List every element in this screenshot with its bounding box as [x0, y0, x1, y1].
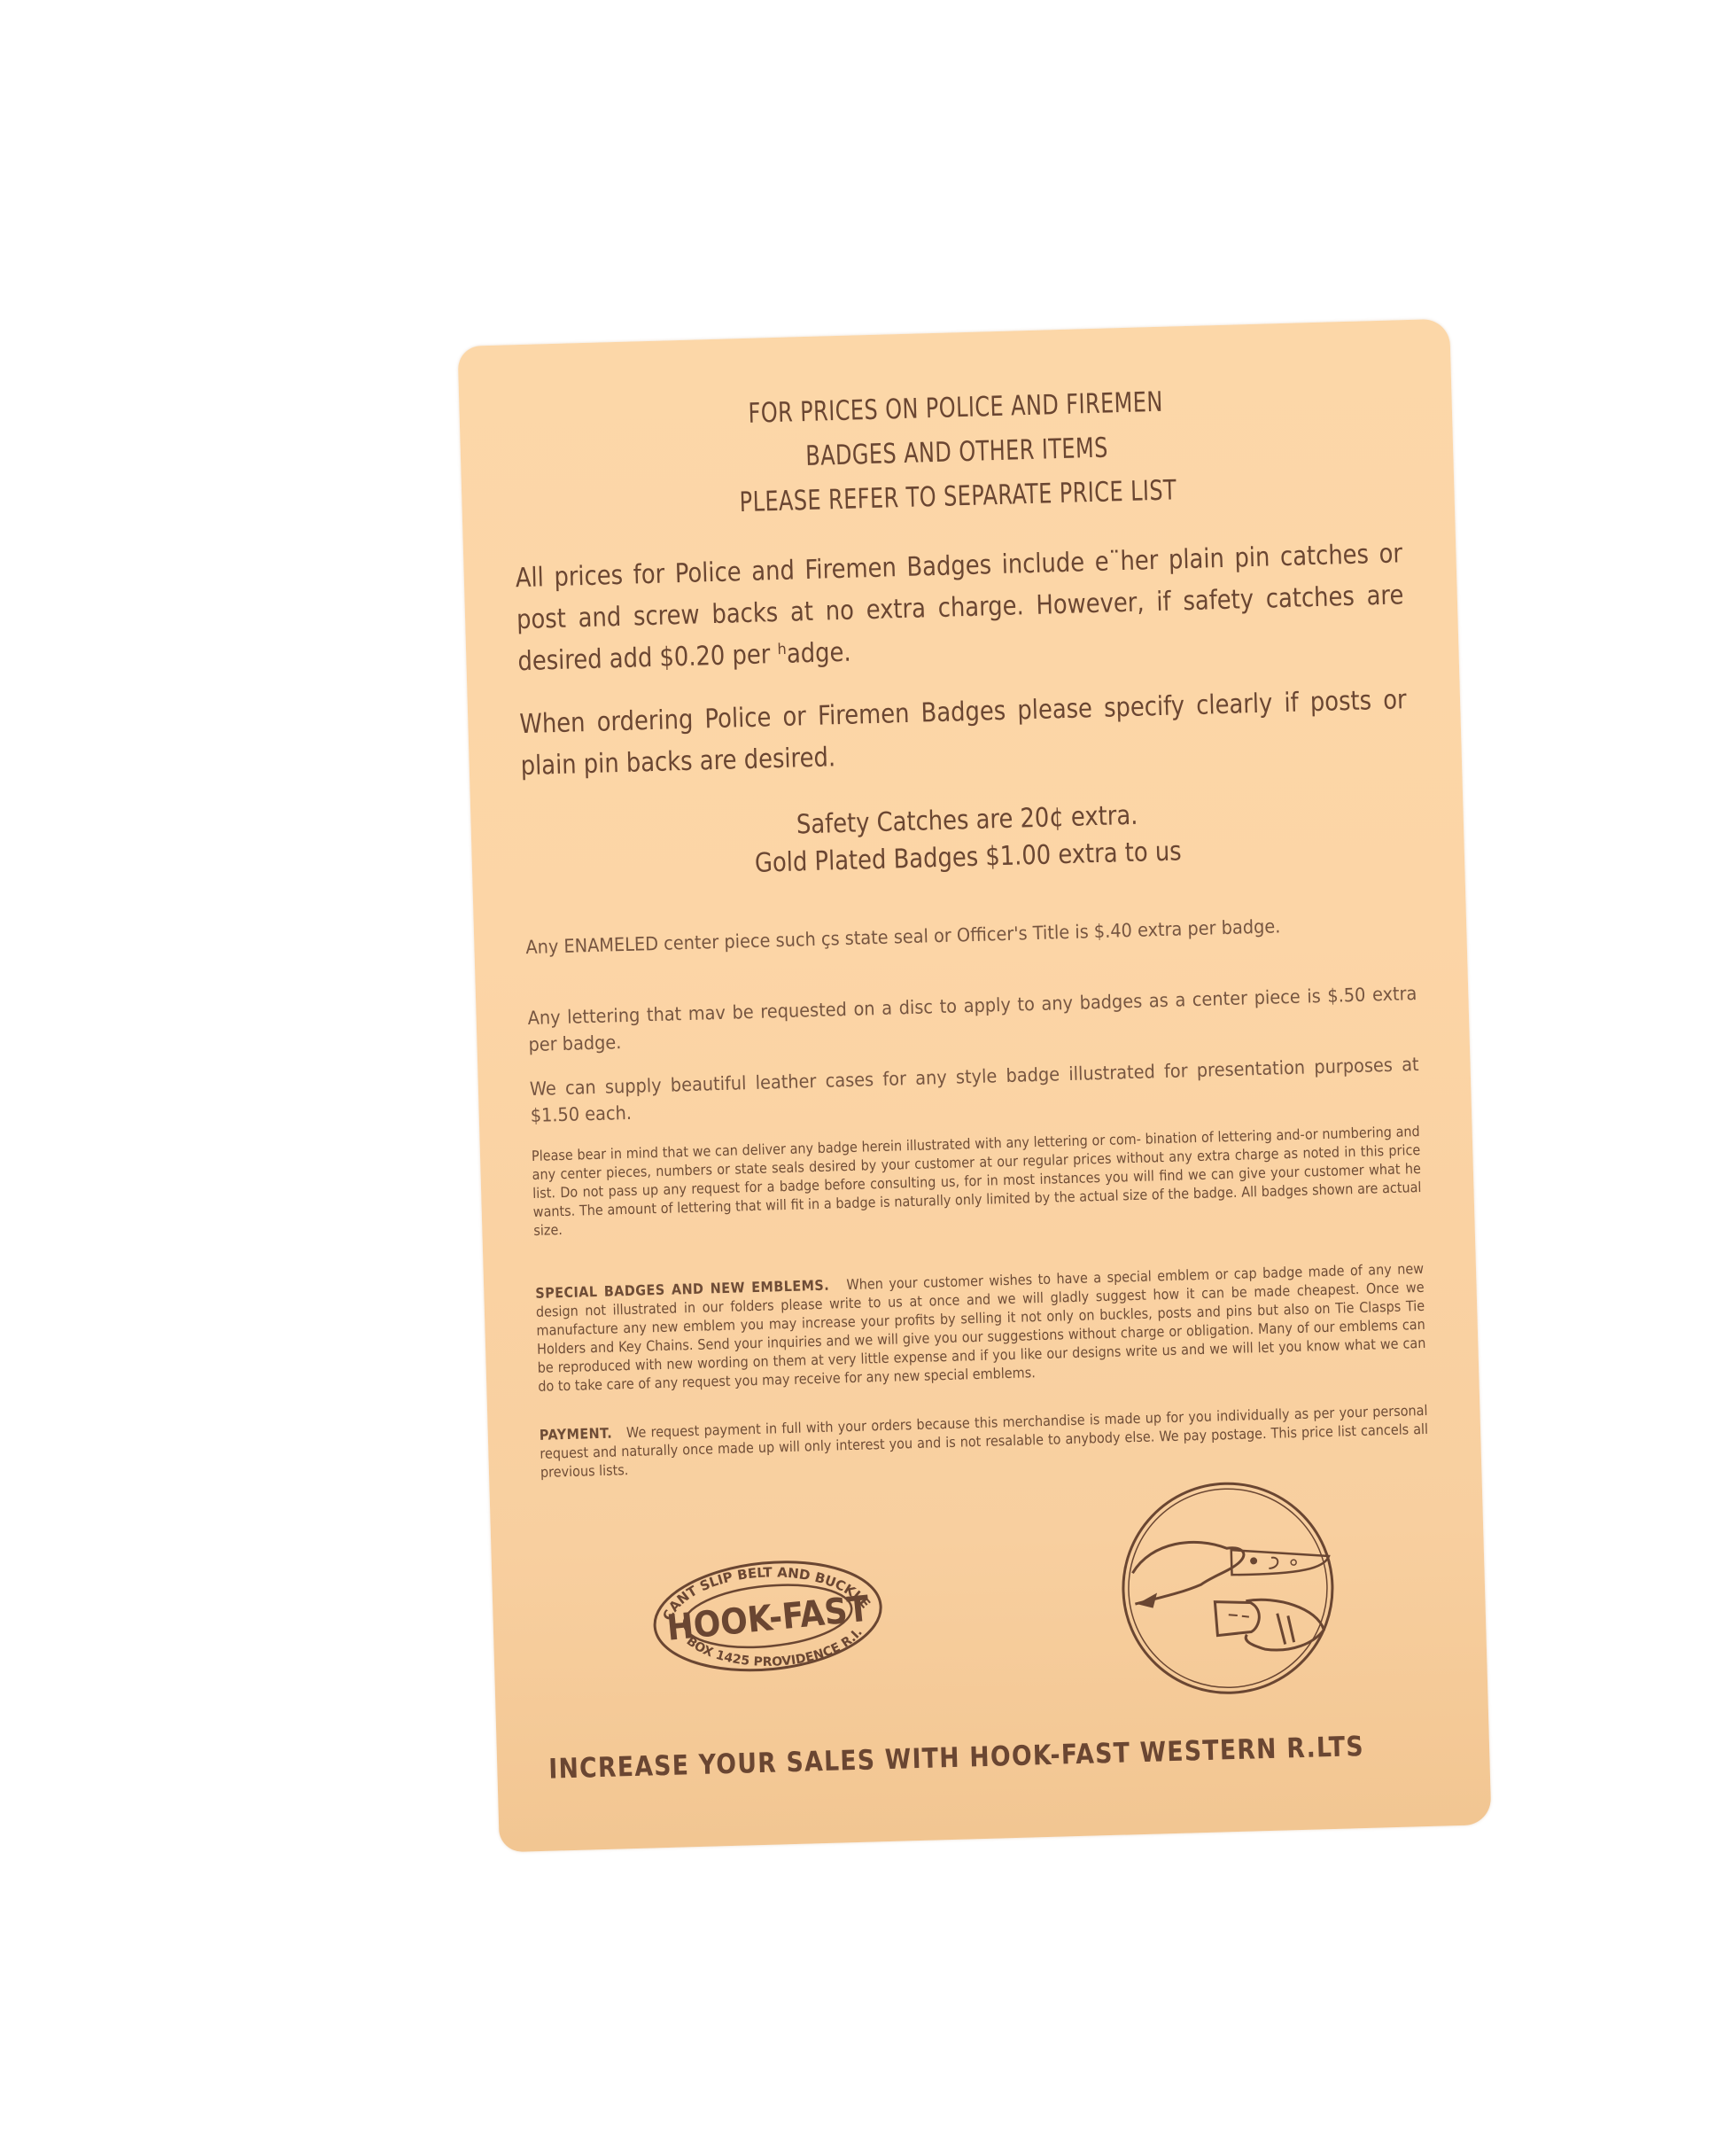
- prices-paragraph-wrap: All prices for Police and Firemen Badges…: [515, 533, 1408, 682]
- hands-buckle-illustration-icon: [1114, 1475, 1342, 1702]
- payment-paragraph: PAYMENT. We request payment in full with…: [540, 1401, 1429, 1482]
- bear-in-mind-paragraph: Please bear in mind that we can deliver …: [532, 1122, 1423, 1240]
- payment-lead: PAYMENT.: [540, 1425, 613, 1444]
- payment-text: We request payment in full with your ord…: [540, 1402, 1428, 1481]
- extras-callout: Safety Catches are 20¢ extra. Gold Plate…: [522, 790, 1413, 889]
- enameled-paragraph-wrap: Any ENAMELED center piece such çs state …: [525, 909, 1415, 961]
- price-list-sheet: FOR PRICES ON POLICE AND FIREMEN BADGES …: [457, 319, 1491, 1853]
- bear-in-mind-paragraph-wrap: Please bear in mind that we can deliver …: [532, 1122, 1424, 1240]
- cases-paragraph-wrap: We can supply beautiful leather cases fo…: [529, 1051, 1419, 1129]
- enameled-paragraph: Any ENAMELED center piece such çs state …: [525, 909, 1415, 961]
- hook-fast-logo: CANT SLIP BELT AND BUCKLE HOOK-FAST BOX …: [642, 1549, 894, 1680]
- payment-section: PAYMENT. We request payment in full with…: [540, 1401, 1430, 1482]
- special-badges-paragraph: SPECIAL BADGES AND NEW EMBLEMS. When you…: [535, 1259, 1426, 1396]
- cases-paragraph: We can supply beautiful leather cases fo…: [529, 1051, 1419, 1129]
- lettering-paragraph-wrap: Any lettering that mav be requested on a…: [527, 980, 1417, 1058]
- heading: FOR PRICES ON POLICE AND FIREMEN BADGES …: [510, 373, 1403, 531]
- ordering-paragraph: When ordering Police or Firemen Badges p…: [519, 679, 1409, 787]
- prices-paragraph: All prices for Police and Firemen Badges…: [515, 533, 1405, 682]
- lettering-paragraph: Any lettering that mav be requested on a…: [527, 980, 1417, 1058]
- special-badges-section: SPECIAL BADGES AND NEW EMBLEMS. When you…: [535, 1259, 1427, 1396]
- ordering-paragraph-wrap: When ordering Police or Firemen Badges p…: [519, 679, 1410, 787]
- footer-slogan: INCREASE YOUR SALES WITH HOOK-FAST WESTE…: [548, 1726, 1539, 1786]
